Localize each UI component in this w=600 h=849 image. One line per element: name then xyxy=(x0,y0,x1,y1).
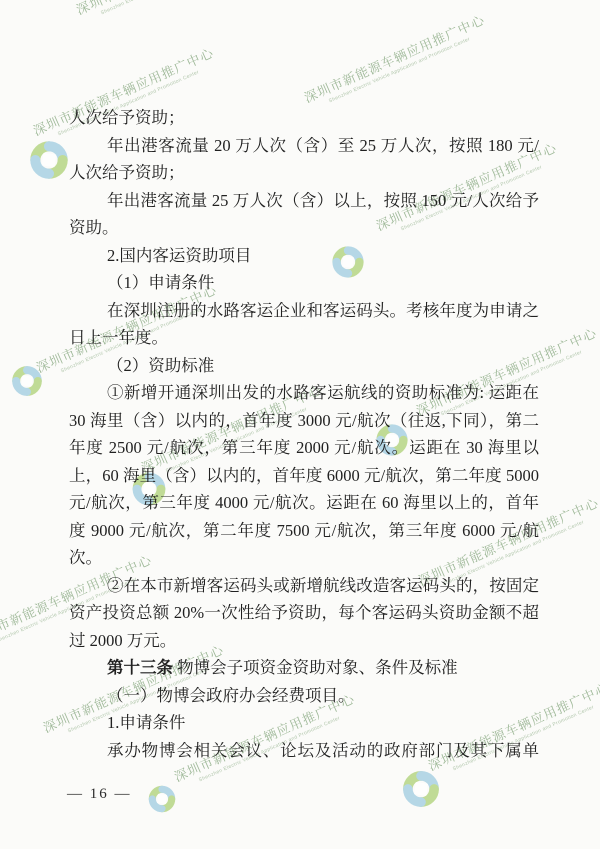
document-line: 人次给予资助； xyxy=(69,159,539,187)
bold-heading: 第十三条 xyxy=(107,658,173,677)
document-line: 年度 2500 元/航次，第三年度 2000 元/航次。运距在 30 海里以 xyxy=(69,434,539,462)
document-body: 人次给予资助；年出港客流量 20 万人次（含）至 25 万人次，按照 180 元… xyxy=(69,104,539,764)
document-line: 上，60 海里（含）以内的，首年度 6000 元/航次，第二年度 5000 xyxy=(69,462,539,490)
document-line: （2）资助标准 xyxy=(69,352,539,380)
document-line: 承办物博会相关会议、论坛及活动的政府部门及其下属单 xyxy=(69,737,539,765)
watermark-pinwheel-logo-icon xyxy=(8,362,46,400)
document-line: 元/航次，第三年度 4000 元/航次。运距在 60 海里以上的，首年 xyxy=(69,489,539,517)
watermark-pinwheel-logo-icon xyxy=(398,766,444,812)
watermark-text: 深圳市新能源车辆应用推广中心Shenzhen Electric Vehicle … xyxy=(73,0,263,25)
document-line: （一）物博会政府办会经费项目。 xyxy=(69,682,539,710)
watermark-cn-label: 深圳市新能源车辆应用推广中心 xyxy=(73,0,260,18)
document-line: 30 海里（含）以内的，首年度 3000 元/航次（往返,下同），第二 xyxy=(69,407,539,435)
document-line: 次。 xyxy=(69,544,539,572)
document-line: ②在本市新增客运码头或新增航线改造客运码头的，按固定 xyxy=(69,572,539,600)
document-line: ①新增开通深圳出发的水路客运航线的资助标准为: 运距在 xyxy=(69,379,539,407)
watermark-pinwheel-logo-icon xyxy=(25,136,73,184)
document-line: 年出港客流量 20 万人次（含）至 25 万人次，按照 180 元/ xyxy=(69,132,539,160)
document-line: 度 9000 元/航次，第二年度 7500 元/航次，第三年度 6000 元/航 xyxy=(69,517,539,545)
page-number: — 16 — xyxy=(67,786,132,803)
watermark-pinwheel-logo-icon xyxy=(145,782,179,816)
watermark-en-label: Shenzhen Electric Vehicle Application an… xyxy=(309,28,491,113)
document-line: 过 2000 万元。 xyxy=(69,627,539,655)
document-line: 资助。 xyxy=(69,214,539,242)
document-line: 1.申请条件 xyxy=(69,709,539,737)
document-line: 资产投资总额 20%一次性给予资助，每个客运码头资助金额不超 xyxy=(69,599,539,627)
watermark-en-label: Shenzhen Electric Vehicle Application an… xyxy=(81,0,263,25)
document-line: 日上一年度。 xyxy=(69,324,539,352)
document-line: （1）申请条件 xyxy=(69,269,539,297)
document-line: 第十三条 物博会子项资金资助对象、条件及标准 xyxy=(69,654,539,682)
document-line: 2.国内客运资助项目 xyxy=(69,242,539,270)
document-line: 年出港客流量 25 万人次（含）以上，按照 150 元/人次给予 xyxy=(69,187,539,215)
watermark-text: 深圳市新能源车辆应用推广中心Shenzhen Electric Vehicle … xyxy=(301,9,491,112)
document-line: 人次给予资助； xyxy=(69,104,539,132)
watermark-cn-label: 深圳市新能源车辆应用推广中心 xyxy=(301,9,488,106)
document-line: 在深圳注册的水路客运企业和客运码头。考核年度为申请之 xyxy=(69,297,539,325)
document-page: 深圳市新能源车辆应用推广中心Shenzhen Electric Vehicle … xyxy=(0,0,600,849)
